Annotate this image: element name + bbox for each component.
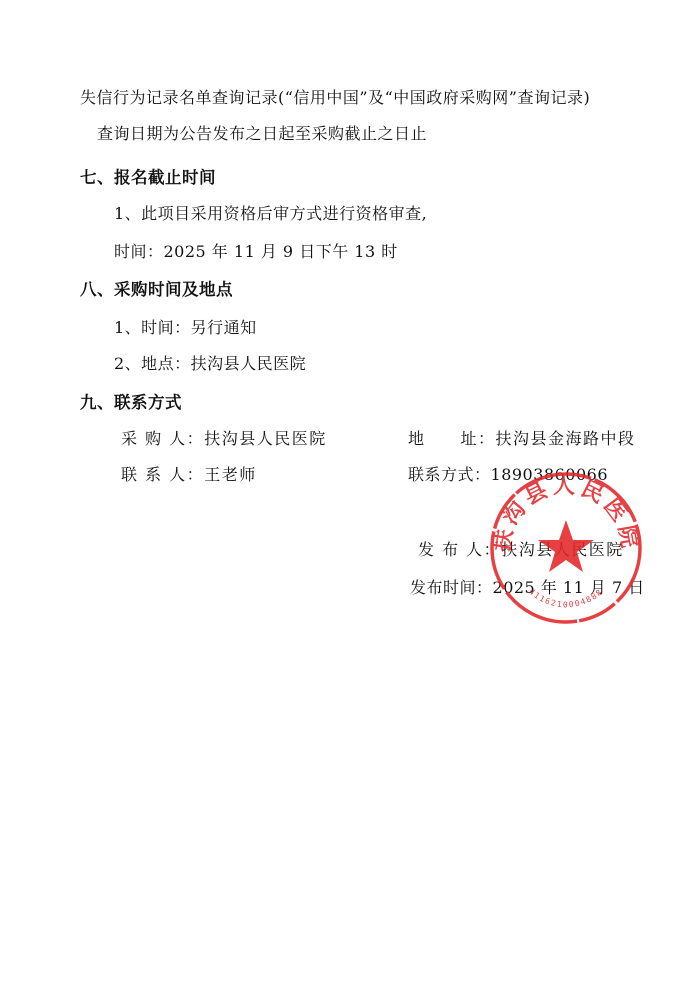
- publish-date-label: 发布时间：: [410, 578, 493, 597]
- section-8-item-1: 1、时间：另行通知: [114, 318, 257, 338]
- purchaser-row: 采 购 人：扶沟县人民医院: [121, 429, 327, 449]
- address-row: 地 址：扶沟县金海路中段: [408, 429, 636, 449]
- address-label: 地 址：: [408, 429, 496, 448]
- phone-label: 联系方式：: [408, 465, 491, 484]
- section-7-time: 时间：2025 年 11 月 9 日下午 13 时: [114, 242, 398, 262]
- publisher-label: 发 布 人：: [418, 540, 501, 559]
- publisher-row: 发 布 人：扶沟县人民医院: [418, 540, 624, 560]
- section-8-heading: 八、采购时间及地点: [80, 280, 233, 300]
- publish-date-row: 发布时间：2025 年 11 月 7 日: [410, 578, 645, 598]
- phone-value: 18903860066: [491, 465, 608, 484]
- section-7-heading: 七、报名截止时间: [80, 168, 216, 188]
- address-value: 扶沟县金海路中段: [496, 429, 636, 448]
- contact-row: 联 系 人：王老师: [121, 465, 257, 485]
- section-7-item-1: 1、此项目采用资格后审方式进行资格审查,: [114, 204, 427, 224]
- intro-line-2: 查询日期为公告发布之日起至采购截止之日止: [97, 124, 427, 144]
- section-8-item-2: 2、地点：扶沟县人民医院: [114, 354, 306, 374]
- phone-row: 联系方式：18903860066: [408, 465, 608, 485]
- publisher-value: 扶沟县人民医院: [501, 540, 624, 559]
- purchaser-label: 采 购 人：: [121, 429, 204, 448]
- publish-date-value: 2025 年 11 月 7 日: [493, 578, 645, 597]
- contact-value: 王老师: [204, 465, 257, 484]
- contact-label: 联 系 人：: [121, 465, 204, 484]
- section-9-heading: 九、联系方式: [80, 393, 182, 413]
- purchaser-value: 扶沟县人民医院: [204, 429, 327, 448]
- intro-line-1: 失信行为记录名单查询记录(“信用中国”及“中国政府采购网”查询记录): [80, 88, 590, 108]
